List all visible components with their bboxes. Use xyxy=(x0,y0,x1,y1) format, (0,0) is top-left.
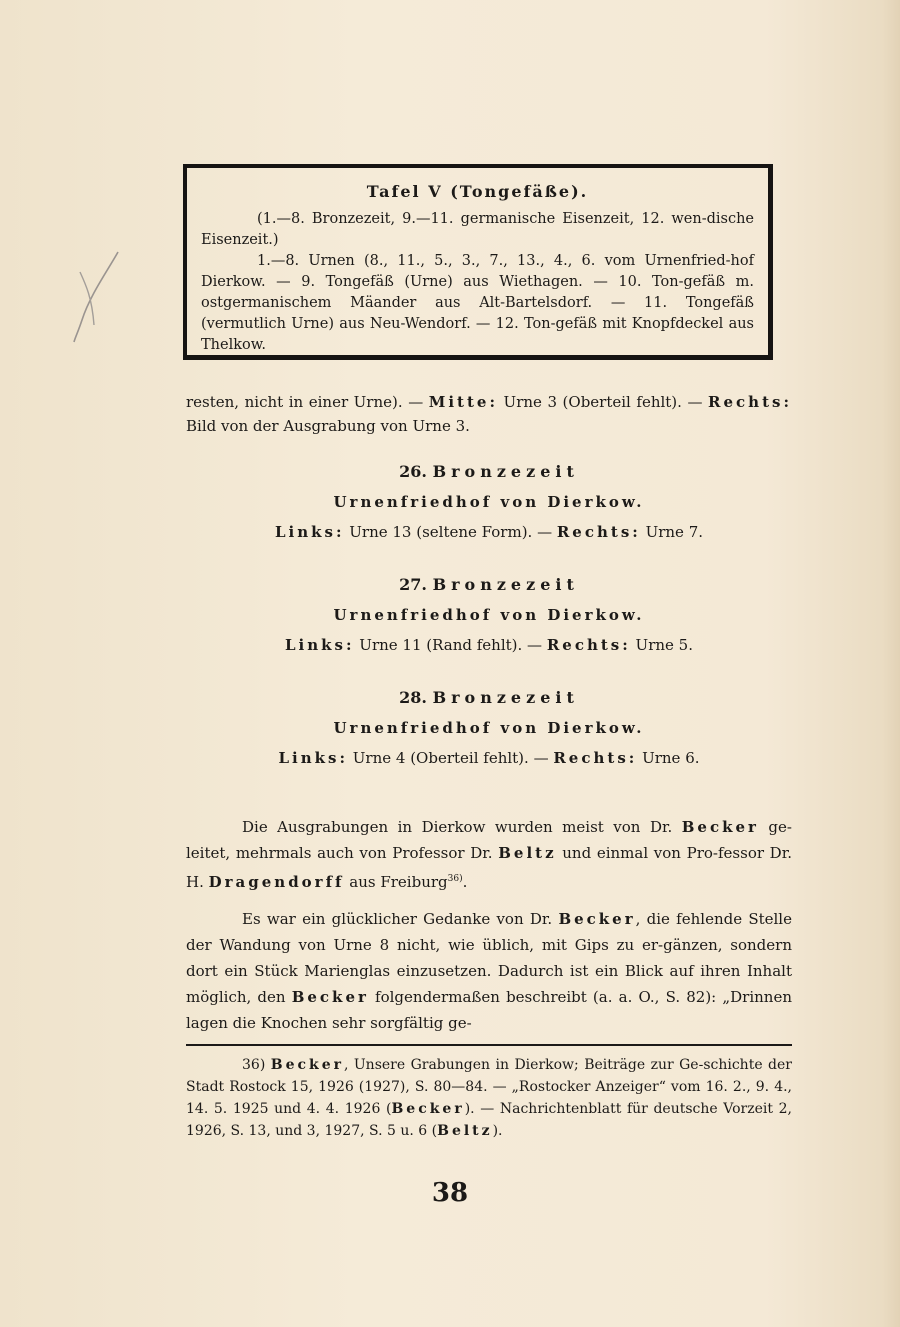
section-site: Urnenfriedhof von Dierkow. xyxy=(186,487,792,517)
footnote-divider xyxy=(186,1044,792,1046)
continuation-text: resten, nicht in einer Urne). — Mitte: U… xyxy=(186,390,792,438)
section-heading: 26. Bronzezeit xyxy=(186,457,792,487)
section-site: Urnenfriedhof von Dierkow. xyxy=(186,600,792,630)
paragraph-marienglas: Es war ein glücklicher Gedanke von Dr. B… xyxy=(186,906,792,1036)
rechts-label: Rechts: xyxy=(708,393,792,411)
mitte-label: Mitte: xyxy=(429,393,498,411)
page-number: 38 xyxy=(0,1178,900,1208)
section-description: Links: Urne 4 (Oberteil fehlt). — Rechts… xyxy=(186,743,792,773)
section-site: Urnenfriedhof von Dierkow. xyxy=(186,713,792,743)
footnote-36: 36) Becker, Unsere Grabungen in Dierkow;… xyxy=(186,1054,792,1142)
paragraph-excavations: Die Ausgrabungen in Dierkow wurden meist… xyxy=(186,814,792,895)
footnote-reference[interactable]: 36) xyxy=(448,874,463,884)
section-description: Links: Urne 11 (Rand fehlt). — Rechts: U… xyxy=(186,630,792,660)
section-26: 26. Bronzezeit Urnenfriedhof von Dierkow… xyxy=(186,457,792,547)
plate-item-list: 1.—8. Urnen (8., 11., 5., 3., 7., 13., 4… xyxy=(201,251,754,356)
section-heading: 27. Bronzezeit xyxy=(186,570,792,600)
plate-caption-box: Tafel V (Tongefäße). (1.—8. Bronzezeit, … xyxy=(183,164,773,360)
section-description: Links: Urne 13 (seltene Form). — Rechts:… xyxy=(186,517,792,547)
pencil-x-mark-icon xyxy=(70,250,130,350)
book-page: Tafel V (Tongefäße). (1.—8. Bronzezeit, … xyxy=(0,0,900,1327)
plate-title: Tafel V (Tongefäße). xyxy=(201,182,754,201)
section-heading: 28. Bronzezeit xyxy=(186,683,792,713)
plate-period-legend: (1.—8. Bronzezeit, 9.—11. germanische Ei… xyxy=(201,209,754,251)
section-28: 28. Bronzezeit Urnenfriedhof von Dierkow… xyxy=(186,683,792,773)
section-27: 27. Bronzezeit Urnenfriedhof von Dierkow… xyxy=(186,570,792,660)
